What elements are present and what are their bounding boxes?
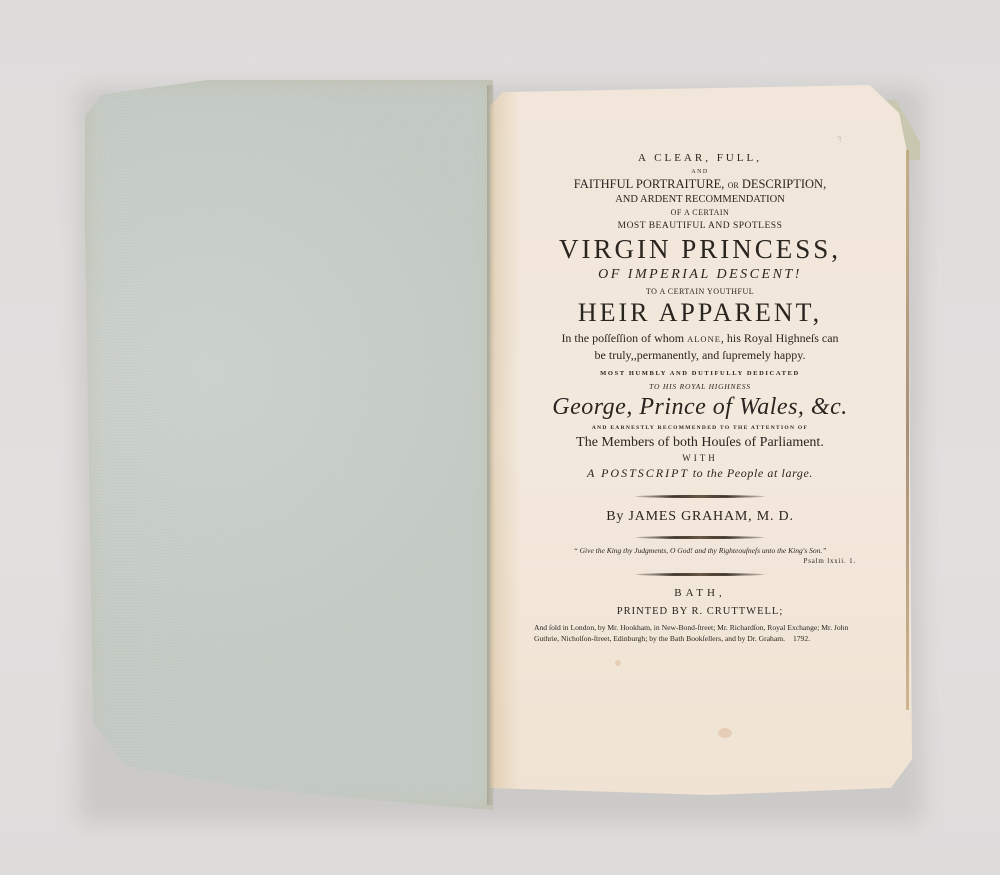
imprint-year: 1792. bbox=[793, 634, 810, 643]
epigraph: “ Give the King thy Judgments, O God! an… bbox=[530, 547, 870, 555]
spine-shadow bbox=[487, 85, 495, 805]
title-line-heir-apparent: HEIR APPARENT, bbox=[530, 300, 870, 326]
photo-scene: ? A CLEAR, FULL, AND FAITHFUL PORTRAITUR… bbox=[0, 0, 1000, 875]
title-line: TO A CERTAIN YOUTHFUL bbox=[530, 288, 870, 296]
title-fragment: ALONE bbox=[687, 334, 721, 344]
title-line: OF A CERTAIN bbox=[530, 209, 870, 217]
title-line: AND ARDENT RECOMMENDATION bbox=[530, 195, 870, 206]
title-page-text: A CLEAR, FULL, AND FAITHFUL PORTRAITURE,… bbox=[530, 145, 870, 644]
foxing-stain bbox=[718, 728, 732, 738]
imprint-printer: PRINTED BY R. CRUTTWELL; bbox=[530, 607, 870, 618]
epigraph-source: Psalm lxxii. 1. bbox=[530, 558, 870, 565]
title-line: MOST HUMBLY AND DUTIFULLY DEDICATED bbox=[530, 371, 870, 378]
title-fragment: In the poſſeſſion of whom bbox=[561, 331, 684, 345]
title-line: A POSTSCRIPT to the People at large. bbox=[530, 467, 870, 479]
title-line: In the poſſeſſion of whom ALONE, his Roy… bbox=[530, 332, 870, 344]
imprint-place: BATH, bbox=[530, 588, 870, 599]
title-line: OF IMPERIAL DESCENT! bbox=[530, 268, 870, 282]
paper-wrapper-cover bbox=[85, 80, 493, 810]
title-line: WITH bbox=[530, 454, 870, 463]
ornamental-rule bbox=[635, 573, 765, 576]
imprint-sold-by: And ſold in London, by Mr. Hookham, in N… bbox=[530, 622, 870, 644]
page-edge bbox=[906, 150, 909, 710]
title-line: FAITHFUL PORTRAITURE, OR DESCRIPTION, bbox=[530, 178, 870, 191]
title-fragment: to the People at large. bbox=[693, 466, 813, 480]
title-fragment: DESCRIPTION, bbox=[742, 177, 826, 191]
title-line: AND EARNESTLY RECOMMENDED TO THE ATTENTI… bbox=[530, 426, 870, 432]
title-fragment: OR bbox=[728, 181, 739, 190]
title-fragment: A POSTSCRIPT bbox=[587, 466, 689, 480]
title-line: A CLEAR, FULL, bbox=[530, 153, 870, 164]
title-line: be truly,,permanently, and ſupremely hap… bbox=[530, 349, 870, 361]
title-line: TO HIS ROYAL HIGHNESS bbox=[530, 383, 870, 391]
title-line: AND bbox=[530, 169, 870, 175]
title-line-virgin-princess: VIRGIN PRINCESS, bbox=[530, 236, 870, 263]
foxing-stain bbox=[615, 660, 621, 666]
title-line: MOST BEAUTIFUL AND SPOTLESS bbox=[530, 222, 870, 232]
author-line: By JAMES GRAHAM, M. D. bbox=[530, 510, 870, 524]
title-line: The Members of both Houſes of Parliament… bbox=[530, 436, 870, 450]
title-fragment: FAITHFUL PORTRAITURE, bbox=[574, 177, 725, 191]
ornamental-rule bbox=[635, 536, 765, 539]
title-line-george: George, Prince of Wales, &c. bbox=[530, 395, 870, 419]
ornamental-rule bbox=[635, 495, 765, 498]
title-fragment: , his Royal Highneſs can bbox=[721, 331, 839, 345]
